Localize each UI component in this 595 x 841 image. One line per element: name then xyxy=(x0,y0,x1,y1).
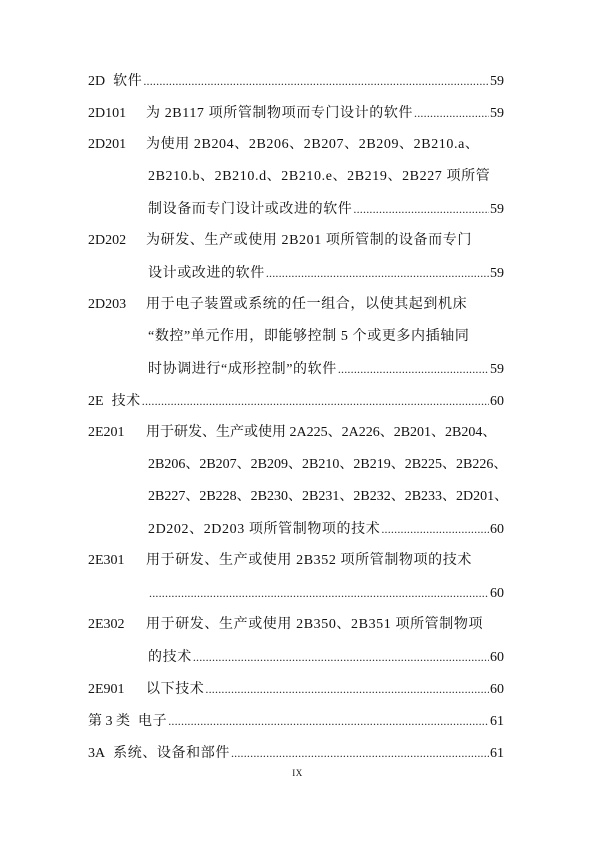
toc-title-continued: 2B206、2B207、2B209、2B210、2B219、2B225、2B22… xyxy=(148,452,507,478)
toc-entry-2e901[interactable]: 2E901 以下技术 60 xyxy=(88,676,504,708)
toc-page-number: 59 xyxy=(490,357,504,383)
toc-page-number: 60 xyxy=(490,645,504,671)
toc-entry-2e301[interactable]: 2E301 用于研发、生产或使用 2B352 项所管制物项的技术 60 xyxy=(88,548,504,612)
toc-entry-2d202[interactable]: 2D202 为研发、生产或使用 2B201 项所管制的设备而专门 设计或改进的软… xyxy=(88,228,504,292)
toc-title: 以下技术 xyxy=(146,677,204,703)
toc-code: 3A xyxy=(88,741,105,767)
toc-title-continued: 制设备而专门设计或改进的软件 xyxy=(148,197,352,223)
toc-code: 2E201 xyxy=(88,420,146,446)
toc-title: 用于研发、生产或使用 2B350、2B351 项所管制物项 xyxy=(146,612,483,638)
toc-title: 为研发、生产或使用 2B201 项所管制的设备而专门 xyxy=(146,228,472,254)
toc-code: 2E901 xyxy=(88,677,146,703)
toc-title-continued: 时协调进行“成形控制”的软件 xyxy=(148,357,337,383)
toc-entry-2d203[interactable]: 2D203 用于电子装置或系统的任一组合，以使其起到机床 “数控”单元作用，即能… xyxy=(88,292,504,388)
toc-code: 2D201 xyxy=(88,132,146,158)
toc-code: 第 3 类 xyxy=(88,709,130,735)
toc-title: 系统、设备和部件 xyxy=(113,741,230,767)
toc-title-continued: “数控”单元作用，即能够控制 5 个或更多内插轴同 xyxy=(148,324,469,350)
toc-title: 为 2B117 项所管制物项而专门设计的软件 xyxy=(146,101,413,127)
dot-leader xyxy=(149,580,489,607)
toc-entry-2e302[interactable]: 2E302 用于研发、生产或使用 2B350、2B351 项所管制物项 的技术 … xyxy=(88,612,504,676)
dot-leader xyxy=(142,388,489,415)
toc-title: 用于研发、生产或使用 2B352 项所管制物项的技术 xyxy=(146,548,472,574)
toc-code: 2E302 xyxy=(88,612,146,638)
toc-entry-2e[interactable]: 2E 技术 60 xyxy=(88,388,504,420)
toc-code: 2D202 xyxy=(88,228,146,254)
toc-page-number: 59 xyxy=(490,101,504,127)
toc-title: 电子 xyxy=(138,709,167,735)
dot-leader xyxy=(353,196,489,223)
dot-leader xyxy=(266,260,489,287)
toc-page-number: 60 xyxy=(490,389,504,415)
toc-page-number: 60 xyxy=(490,677,504,703)
toc-page-number: 61 xyxy=(490,709,504,735)
toc-page-number: 59 xyxy=(490,197,504,223)
toc-code: 2D203 xyxy=(88,292,146,318)
table-of-contents: 2D 软件 59 2D101 为 2B117 项所管制物项而专门设计的软件 59… xyxy=(88,68,504,772)
toc-page-number: 60 xyxy=(490,581,504,607)
dot-leader xyxy=(168,708,489,735)
toc-title: 软件 xyxy=(113,69,142,95)
toc-entry-2e201[interactable]: 2E201 用于研发、生产或使用 2A225、2A226、2B201、2B204… xyxy=(88,420,504,548)
dot-leader xyxy=(414,100,489,127)
toc-entry-2d201[interactable]: 2D201 为使用 2B204、2B206、2B207、2B209、2B210.… xyxy=(88,132,504,228)
toc-code: 2E xyxy=(88,389,104,415)
page-footer-number: IX xyxy=(0,768,595,778)
toc-page-number: 60 xyxy=(490,517,504,543)
toc-title: 技术 xyxy=(112,389,141,415)
dot-leader xyxy=(231,740,489,767)
toc-title: 为使用 2B204、2B206、2B207、2B209、2B210.a、 xyxy=(146,132,480,158)
toc-code: 2D xyxy=(88,69,105,95)
toc-entry-category-3[interactable]: 第 3 类 电子 61 xyxy=(88,708,504,740)
toc-code: 2D101 xyxy=(88,101,146,127)
toc-entry-2d101[interactable]: 2D101 为 2B117 项所管制物项而专门设计的软件 59 xyxy=(88,100,504,132)
dot-leader xyxy=(381,516,489,543)
toc-title: 用于研发、生产或使用 2A225、2A226、2B201、2B204、 xyxy=(146,420,496,446)
toc-title-continued: 的技术 xyxy=(148,645,192,671)
toc-page-number: 59 xyxy=(490,261,504,287)
toc-page-number: 59 xyxy=(490,69,504,95)
dot-leader xyxy=(338,356,489,383)
toc-code: 2E301 xyxy=(88,548,146,574)
toc-page-number: 61 xyxy=(490,741,504,767)
toc-title-continued: 2B210.b、2B210.d、2B210.e、2B219、2B227 项所管 xyxy=(148,164,490,190)
toc-title-continued: 2D202、2D203 项所管制物项的技术 xyxy=(148,517,380,543)
toc-entry-2d[interactable]: 2D 软件 59 xyxy=(88,68,504,100)
dot-leader xyxy=(143,68,489,95)
dot-leader xyxy=(205,676,489,703)
toc-title-continued: 设计或改进的软件 xyxy=(148,261,265,287)
toc-title-continued: 2B227、2B228、2B230、2B231、2B232、2B233、2D20… xyxy=(148,484,508,510)
dot-leader xyxy=(193,644,489,671)
toc-title: 用于电子装置或系统的任一组合，以使其起到机床 xyxy=(146,292,467,318)
